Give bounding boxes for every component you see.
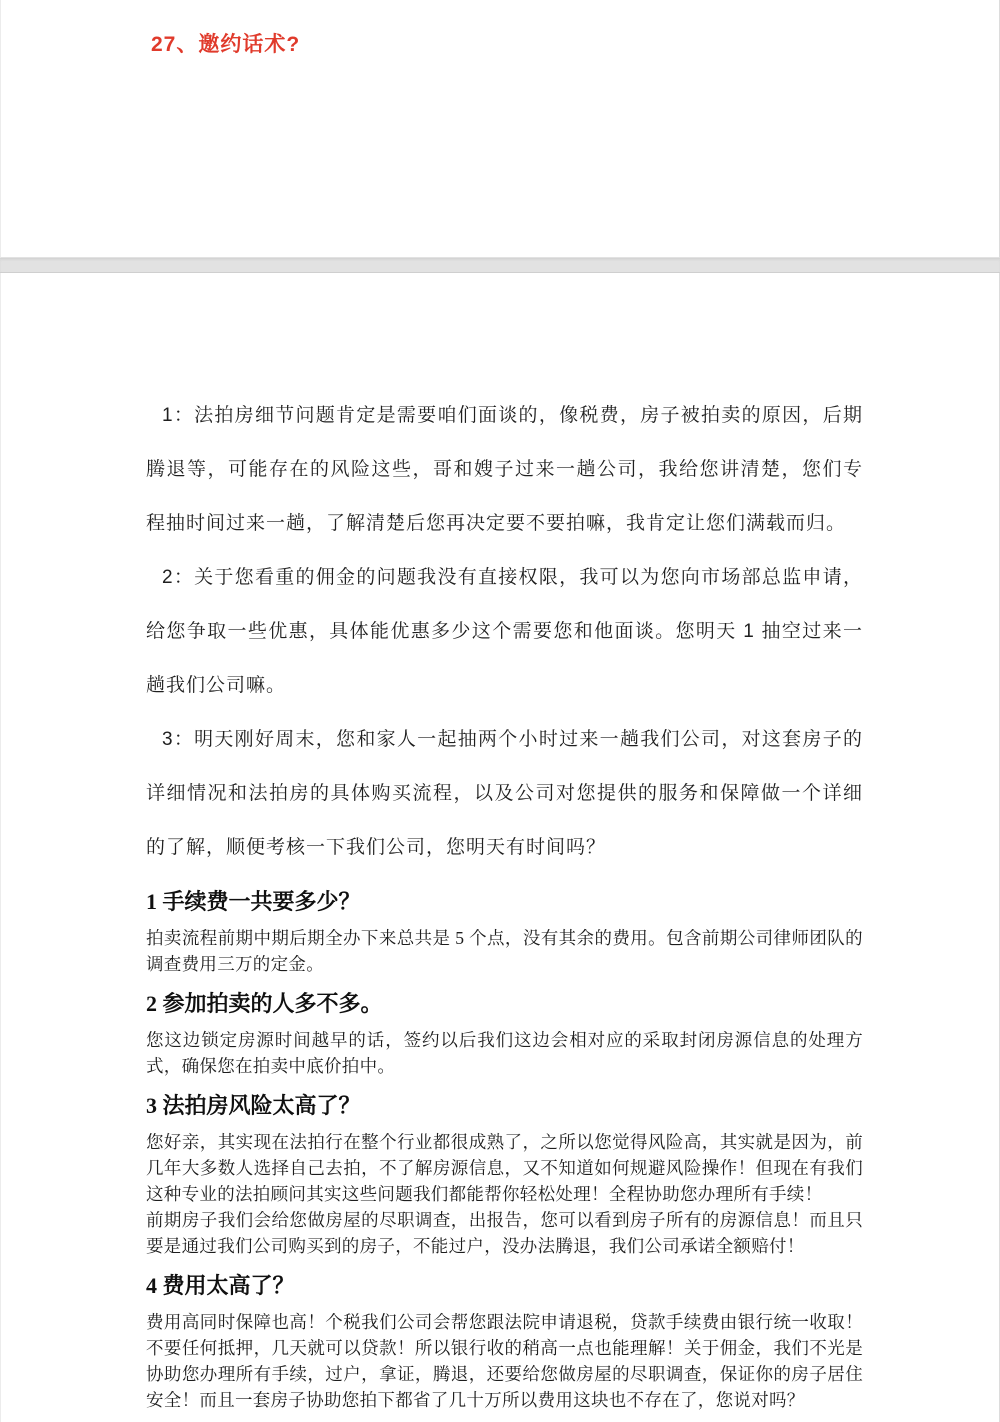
qa-section-3: 3 法拍房风险太高了？ 您好亲，其实现在法拍行在整个行业都很成熟了，之所以您觉得…	[146, 1091, 863, 1259]
qa-heading-3: 3 法拍房风险太高了？	[146, 1091, 863, 1120]
qa-body-3-part-2: 前期房子我们会给您做房屋的尽职调查，出报告，您可以看到房子所有的房源信息！而且只…	[146, 1207, 863, 1259]
qa-section-1: 1 手续费一共要多少？ 拍卖流程前期中期后期全办下来总共是 5 个点，没有其余的…	[146, 887, 863, 977]
qa-heading-1: 1 手续费一共要多少？	[146, 887, 863, 916]
section-heading-red: 27、邀约话术?	[1, 0, 999, 58]
intro-script-paragraphs: 1：法拍房细节问题肯定是需要咱们面谈的，像税费，房子被拍卖的原因，后期腾退等，可…	[146, 389, 863, 875]
qa-section-2: 2 参加拍卖的人多不多。 您这边锁定房源时间越早的话，签约以后我们这边会相对应的…	[146, 989, 863, 1079]
qa-body-2: 您这边锁定房源时间越早的话，签约以后我们这边会相对应的采取封闭房源信息的处理方式…	[146, 1027, 863, 1079]
qa-body-3-part-1: 您好亲，其实现在法拍行在整个行业都很成熟了，之所以您觉得风险高，其实就是因为，前…	[146, 1129, 863, 1207]
document-page-1: 27、邀约话术?	[0, 0, 1000, 258]
qa-heading-2: 2 参加拍卖的人多不多。	[146, 989, 863, 1018]
intro-paragraph-2: 2：关于您看重的佣金的问题我没有直接权限，我可以为您向市场部总监申请，给您争取一…	[146, 551, 863, 713]
qa-body-1: 拍卖流程前期中期后期全办下来总共是 5 个点，没有其余的费用。包含前期公司律师团…	[146, 925, 863, 977]
qa-section-4: 4 费用太高了？ 费用高同时保障也高！个税我们公司会帮您跟法院申请退税，贷款手续…	[146, 1271, 863, 1413]
intro-paragraph-1: 1：法拍房细节问题肯定是需要咱们面谈的，像税费，房子被拍卖的原因，后期腾退等，可…	[146, 389, 863, 551]
document-viewer: 27、邀约话术? 1：法拍房细节问题肯定是需要咱们面谈的，像税费，房子被拍卖的原…	[0, 0, 1000, 1422]
qa-body-4: 费用高同时保障也高！个税我们公司会帮您跟法院申请退税，贷款手续费由银行统一收取！…	[146, 1309, 863, 1413]
document-page-2: 1：法拍房细节问题肯定是需要咱们面谈的，像税费，房子被拍卖的原因，后期腾退等，可…	[0, 273, 1000, 1422]
page-break-gap	[0, 258, 1000, 273]
qa-heading-4: 4 费用太高了？	[146, 1271, 863, 1300]
intro-paragraph-3: 3：明天刚好周末，您和家人一起抽两个小时过来一趟我们公司，对这套房子的详细情况和…	[146, 713, 863, 875]
page-2-content: 1：法拍房细节问题肯定是需要咱们面谈的，像税费，房子被拍卖的原因，后期腾退等，可…	[146, 273, 863, 1413]
